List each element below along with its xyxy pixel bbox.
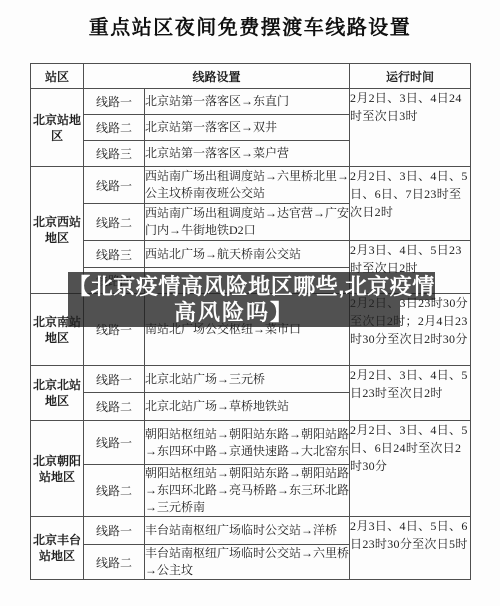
route-path-cell: 西站南广场出租调度站→达官营→广安门内→牛街地铁D2口 bbox=[145, 204, 350, 241]
route-label-cell: 线路二 bbox=[84, 393, 145, 421]
station-cell: 北京朝阳站地区 bbox=[31, 421, 84, 517]
time-cell: 2月2日、3日、4日、5日、6日、7日23时至次日2时 bbox=[350, 167, 471, 241]
route-path-cell: 北京站第一落客区→菜户营 bbox=[145, 141, 350, 167]
page-title: 重点站区夜间免费摆渡车线路设置 bbox=[0, 11, 500, 40]
route-path-cell: 北京北站广场→三元桥 bbox=[145, 366, 350, 393]
table-row: 北京朝阳站地区 线路一 朝阳站枢纽站→朝阳站东路→朝阳站路→东四环中路→京通快速… bbox=[31, 421, 471, 465]
route-path-cell: 北京站第一落客区→双井 bbox=[145, 115, 350, 141]
time-cell: 2月2日、3日、4日、5日23时至次日2时 bbox=[350, 366, 471, 421]
article-image: 重点站区夜间免费摆渡车线路设置 站区 线路设置 运行时间 北京站地区 线路一 北… bbox=[0, 0, 500, 606]
route-path-cell: 西站南广场出租调度站→六里桥北里→公主坟桥南夜班公交站 bbox=[145, 167, 350, 204]
route-label-cell: 线路一 bbox=[84, 421, 145, 465]
route-label-cell: 线路二 bbox=[84, 204, 145, 241]
route-label-cell: 线路三 bbox=[84, 141, 145, 167]
header-time: 运行时间 bbox=[350, 64, 471, 89]
table-row: 北京丰台站地区 线路一 丰台站南枢纽广场临时公交站→洋桥 2月3日、4日、5日、… bbox=[31, 517, 471, 545]
route-label-cell: 线路二 bbox=[84, 115, 145, 141]
table-row: 线路三 西站北广场→航天桥南公交站 2月3日、4日、5日23时至次日2时 bbox=[31, 241, 471, 268]
time-cell: 2月2日、3日、4日24时至次日3时 bbox=[350, 89, 471, 167]
route-label-cell: 线路二 bbox=[84, 545, 145, 580]
route-label-cell: 线路三 bbox=[84, 241, 145, 268]
station-cell: 北京北站地区 bbox=[31, 366, 84, 421]
route-path-cell: 丰台站南枢纽广场临时公交站→六里桥→公主坟 bbox=[145, 545, 350, 580]
watermark-overlay: 【北京疫情高风险地区哪些,北京疫情 高风险吗】 bbox=[68, 272, 435, 327]
table-row: 北京站地区 线路一 北京站第一落客区→东直门 2月2日、3日、4日24时至次日3… bbox=[31, 89, 471, 115]
station-cell: 北京站地区 bbox=[31, 89, 84, 167]
watermark-line-1: 【北京疫情高风险地区哪些,北京疫情 bbox=[68, 272, 435, 300]
route-path-cell: 北京北站广场→草桥地铁站 bbox=[145, 393, 350, 421]
time-cell: 2月3日、4日、5日、6日23时30分至次日5时 bbox=[350, 517, 471, 580]
route-path-cell: 西站北广场→航天桥南公交站 bbox=[145, 241, 350, 268]
table-row: 北京北站地区 线路一 北京北站广场→三元桥 2月2日、3日、4日、5日23时至次… bbox=[31, 366, 471, 393]
route-path-cell: 北京站第一落客区→东直门 bbox=[145, 89, 350, 115]
route-path-cell: 朝阳站枢纽站→朝阳站东路→朝阳站路→东四环北路→亮马桥路→东三环北路→三元桥南 bbox=[145, 465, 350, 517]
time-cell: 2月2日、3日、4日、5日、6日24时至次日2时30分 bbox=[350, 421, 471, 517]
station-cell: 北京丰台站地区 bbox=[31, 517, 84, 580]
header-station: 站区 bbox=[31, 64, 84, 89]
route-path-cell: 丰台站南枢纽广场临时公交站→洋桥 bbox=[145, 517, 350, 545]
header-routes: 线路设置 bbox=[84, 64, 350, 89]
table-header-row: 站区 线路设置 运行时间 bbox=[31, 64, 471, 89]
route-label-cell: 线路一 bbox=[84, 89, 145, 115]
route-label-cell: 线路一 bbox=[84, 366, 145, 393]
route-label-cell: 线路一 bbox=[84, 517, 145, 545]
table-row: 北京西站地区 线路一 西站南广场出租调度站→六里桥北里→公主坟桥南夜班公交站 2… bbox=[31, 167, 471, 204]
watermark-line-2: 高风险吗】 bbox=[68, 300, 400, 327]
route-label-cell: 线路一 bbox=[84, 167, 145, 204]
route-label-cell: 线路二 bbox=[84, 465, 145, 517]
route-path-cell: 朝阳站枢纽站→朝阳站东路→朝阳站路→东四环中路→京通快速路→大北窑东 bbox=[145, 421, 350, 465]
